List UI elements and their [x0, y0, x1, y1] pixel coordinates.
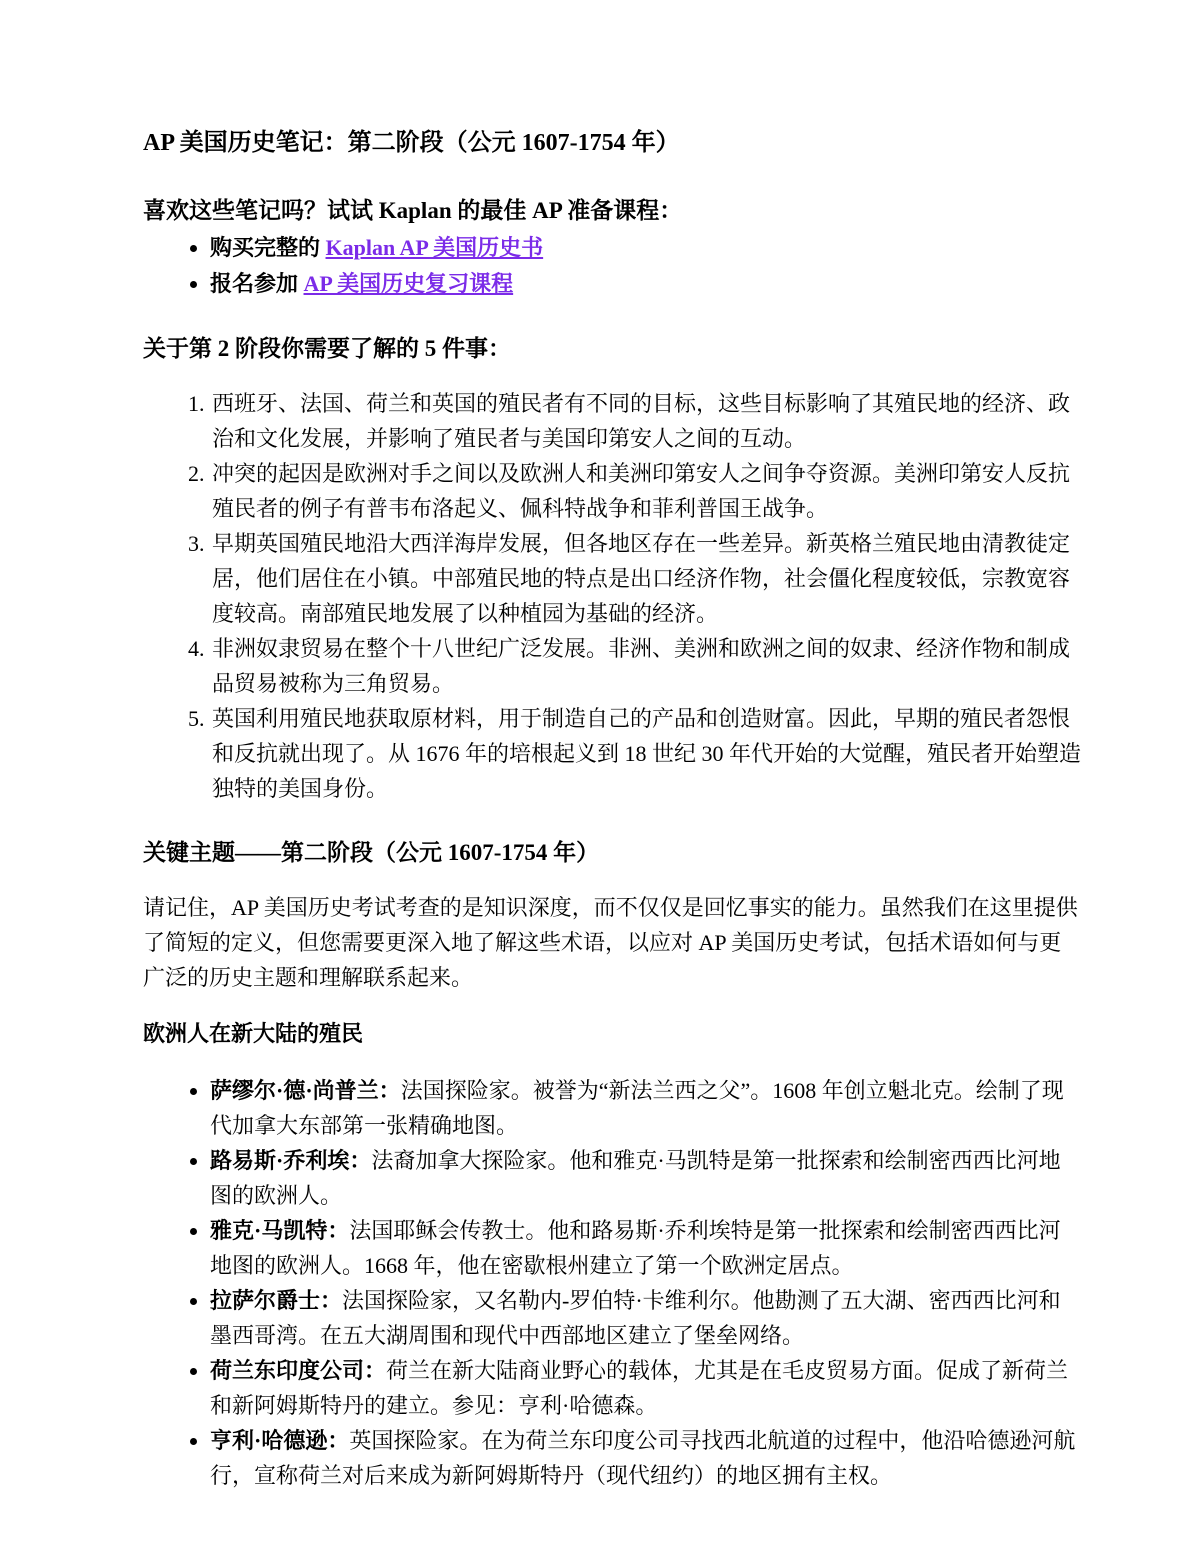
promo-list: 购买完整的 Kaplan AP 美国历史书 报名参加 AP 美国历史复习课程	[143, 230, 1082, 302]
promo-item-course: 报名参加 AP 美国历史复习课程	[210, 266, 1082, 302]
promo-item-prefix: 报名参加	[210, 271, 304, 296]
list-item: 非洲奴隶贸易在整个十八世纪广泛发展。非洲、美洲和欧洲之间的奴隶、经济作物和制成品…	[210, 631, 1082, 701]
list-item: 西班牙、法国、荷兰和英国的殖民者有不同的目标，这些目标影响了其殖民地的经济、政治…	[210, 386, 1082, 456]
term-name: 荷兰东印度公司：	[210, 1358, 386, 1383]
term-item: 雅克·马凯特：法国耶稣会传教士。他和路易斯·乔利埃特是第一批探索和绘制密西西比河…	[210, 1213, 1082, 1283]
promo-lead: 喜欢这些笔记吗？试试 Kaplan 的最佳 AP 准备课程：	[143, 194, 1082, 228]
term-item: 路易斯·乔利埃：法裔加拿大探险家。他和雅克·马凯特是第一批探索和绘制密西西比河地…	[210, 1143, 1082, 1213]
term-name: 路易斯·乔利埃：	[210, 1148, 371, 1173]
term-name: 雅克·马凯特：	[210, 1218, 349, 1243]
list-item: 早期英国殖民地沿大西洋海岸发展，但各地区存在一些差异。新英格兰殖民地由清教徒定居…	[210, 526, 1082, 631]
term-name: 亨利·哈德逊：	[210, 1428, 349, 1453]
colonization-term-list: 萨缪尔·德·尚普兰：法国探险家。被誉为“新法兰西之父”。1608 年创立魁北克。…	[143, 1073, 1082, 1493]
term-item: 亨利·哈德逊：英国探险家。在为荷兰东印度公司寻找西北航道的过程中，他沿哈德逊河航…	[210, 1423, 1082, 1493]
kaplan-book-link[interactable]: Kaplan AP 美国历史书	[326, 235, 544, 260]
key-themes-heading: 关键主题——第二阶段（公元 1607-1754 年）	[143, 838, 1082, 868]
review-course-link[interactable]: AP 美国历史复习课程	[304, 271, 514, 296]
term-item: 荷兰东印度公司：荷兰在新大陆商业野心的载体，尤其是在毛皮贸易方面。促成了新荷兰和…	[210, 1353, 1082, 1423]
list-item: 英国利用殖民地获取原材料，用于制造自己的产品和创造财富。因此，早期的殖民者怨恨和…	[210, 701, 1082, 806]
promo-item-book: 购买完整的 Kaplan AP 美国历史书	[210, 230, 1082, 266]
term-item: 拉萨尔爵士：法国探险家，又名勒内-罗伯特·卡维利尔。他勘测了五大湖、密西西比河和…	[210, 1283, 1082, 1353]
document-page: AP 美国历史笔记：第二阶段（公元 1607-1754 年） 喜欢这些笔记吗？试…	[0, 0, 1200, 1553]
list-item: 冲突的起因是欧洲对手之间以及欧洲人和美洲印第安人之间争夺资源。美洲印第安人反抗殖…	[210, 456, 1082, 526]
key-themes-intro: 请记住，AP 美国历史考试考查的是知识深度，而不仅仅是回忆事实的能力。虽然我们在…	[143, 890, 1082, 995]
term-item: 萨缪尔·德·尚普兰：法国探险家。被誉为“新法兰西之父”。1608 年创立魁北克。…	[210, 1073, 1082, 1143]
term-name: 萨缪尔·德·尚普兰：	[210, 1078, 401, 1103]
five-things-heading: 关于第 2 阶段你需要了解的 5 件事：	[143, 334, 1082, 364]
page-title: AP 美国历史笔记：第二阶段（公元 1607-1754 年）	[143, 128, 1082, 158]
colonization-subheading: 欧洲人在新大陆的殖民	[143, 1019, 1082, 1049]
five-things-list: 西班牙、法国、荷兰和英国的殖民者有不同的目标，这些目标影响了其殖民地的经济、政治…	[143, 386, 1082, 806]
term-name: 拉萨尔爵士：	[210, 1288, 342, 1313]
promo-item-prefix: 购买完整的	[210, 235, 326, 260]
